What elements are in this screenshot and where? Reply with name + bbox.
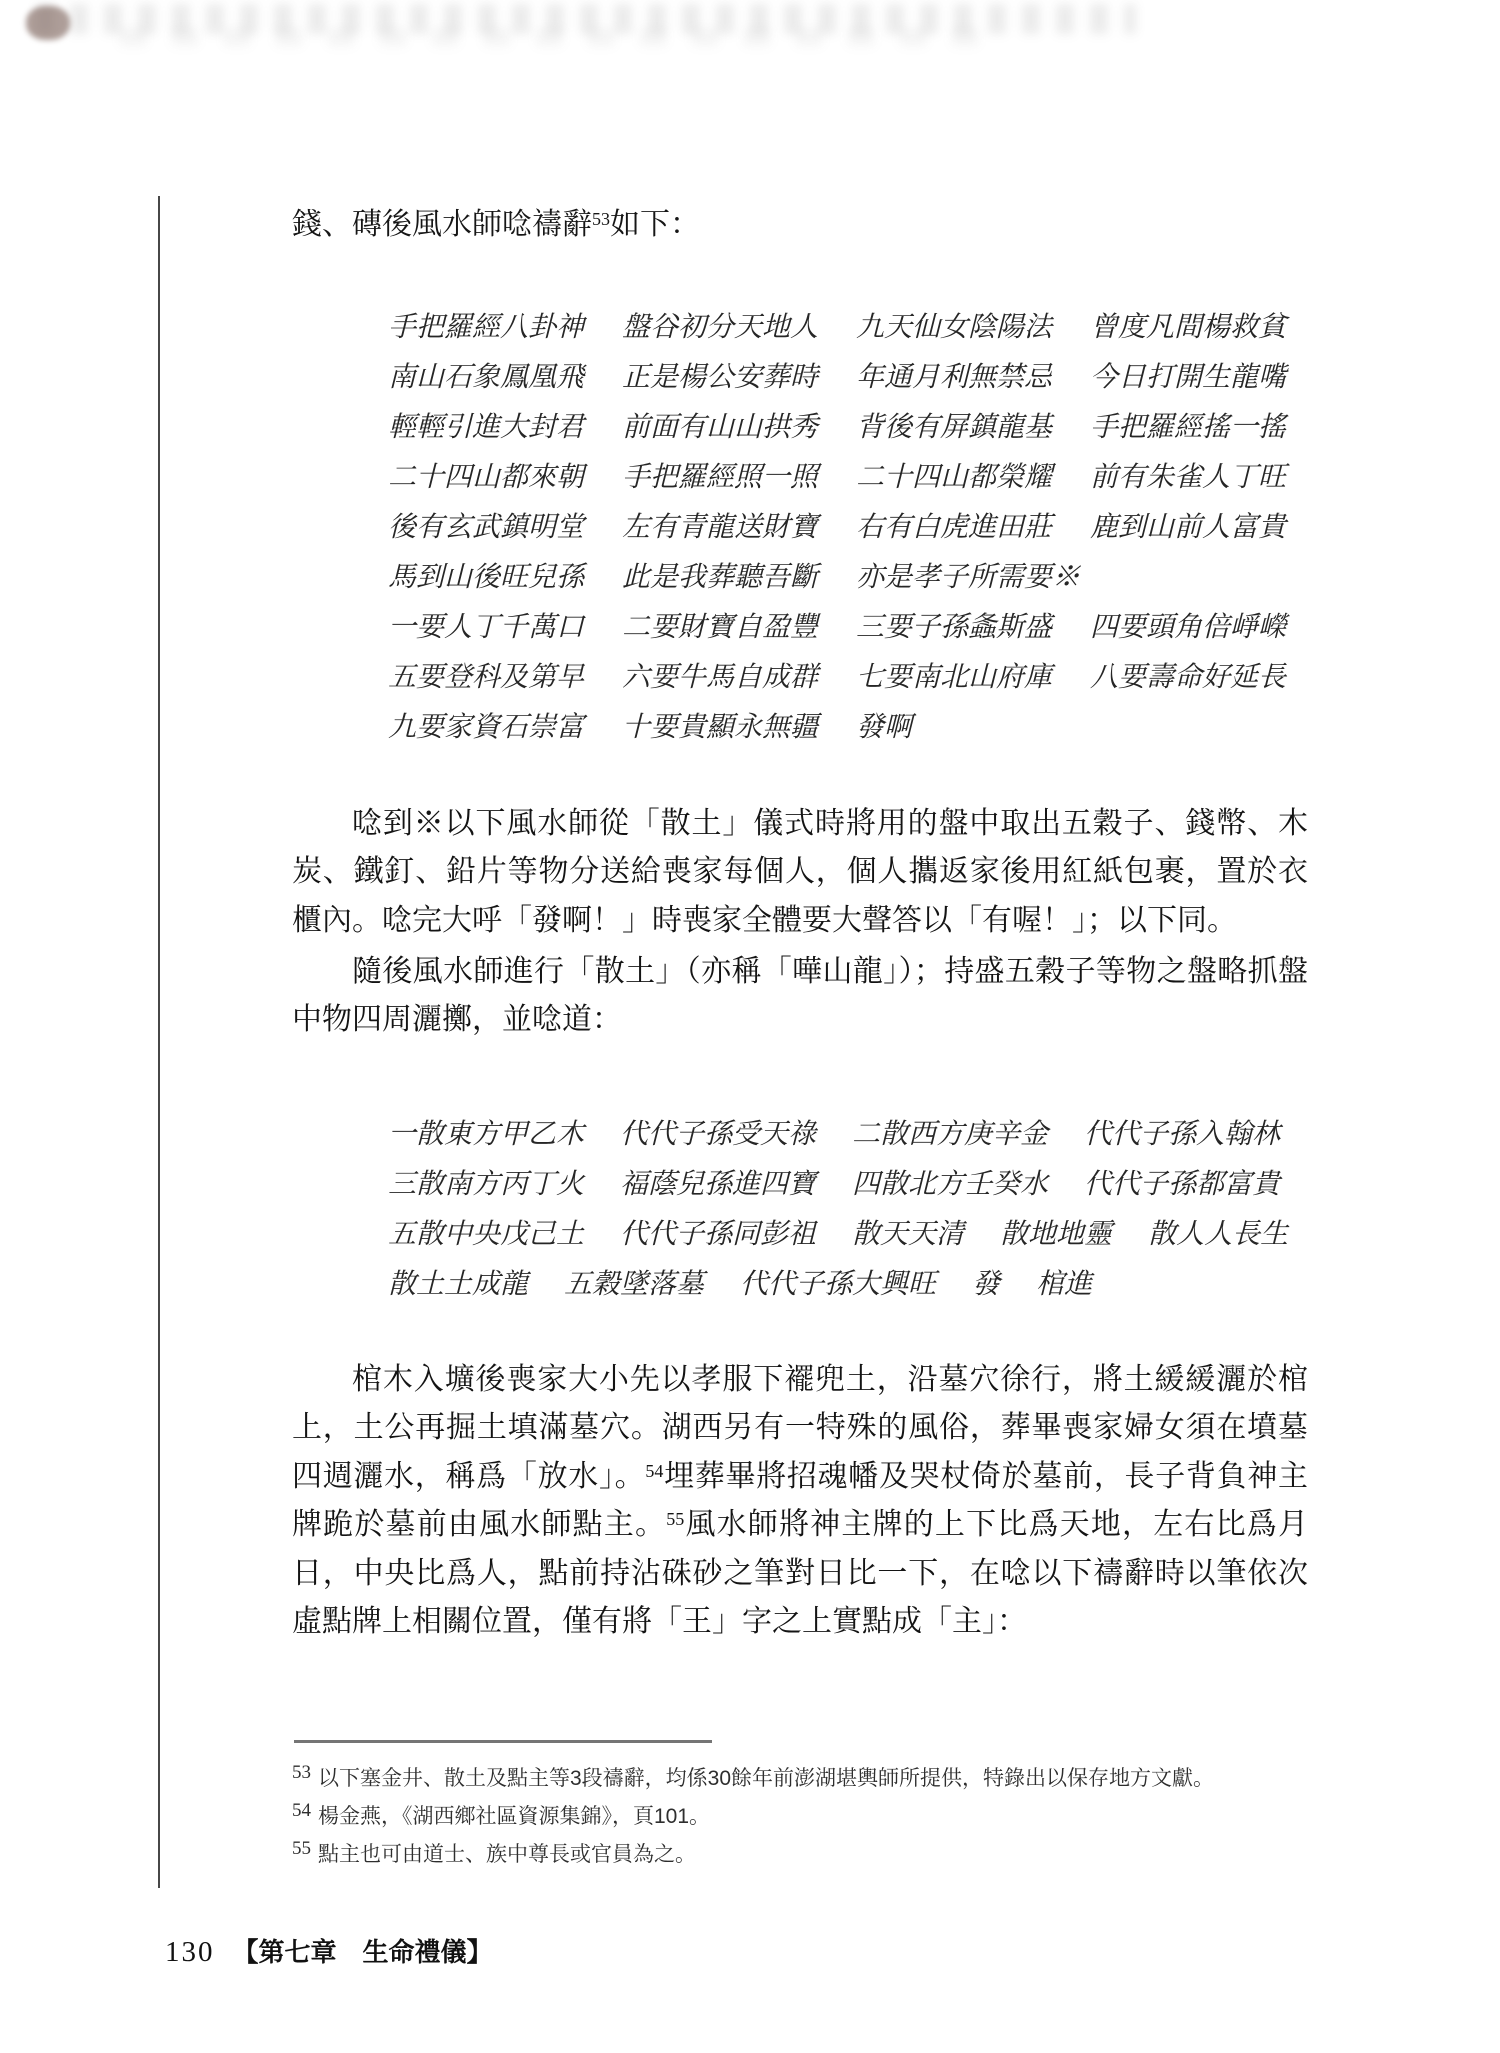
verse-phrase: 手把羅經八卦神 bbox=[388, 305, 584, 345]
verse-block-1: 手把羅經八卦神盤谷初分天地人九天仙女陰陽法曾度凡間楊救貧 南山石象鳳凰飛正是楊公… bbox=[388, 300, 1286, 750]
footnote-number: 54 bbox=[292, 1800, 311, 1821]
verse-phrase: 四要頭角倍崢嶸 bbox=[1090, 605, 1286, 645]
footnote-text: 以下塞金井、散土及點主等3段禱辭，均係30餘年前澎湖堪輿師所提供，特錄出以保存地… bbox=[318, 1767, 1214, 1790]
verse-phrase: 發 bbox=[972, 1262, 1000, 1302]
verse-row: 輕輕引進大封君前面有山山拱秀背後有屏鎮龍基手把羅經搖一搖 bbox=[388, 400, 1286, 450]
footnote-55: 55點主也可由道士、族中尊長或官員為之。 bbox=[292, 1833, 1462, 1871]
paragraph-1: 唸到※以下風水師從「散土」儀式時將用的盤中取出五穀子、錢幣、木炭、鐵釘、鉛片等物… bbox=[292, 800, 1308, 945]
verse-phrase: 手把羅經搖一搖 bbox=[1090, 405, 1286, 445]
verse-phrase: 散地地靈 bbox=[1000, 1212, 1112, 1252]
verse-phrase: 九要家資石崇富 bbox=[388, 705, 584, 745]
verse-phrase: 代代子孫入翰林 bbox=[1084, 1112, 1280, 1152]
verse-row: 一要人丁千萬口二要財寶自盈豐三要子孫螽斯盛四要頭角倍崢嶸 bbox=[388, 600, 1286, 650]
paragraph-2: 隨後風水師進行「散土」（亦稱「嘩山龍」）；持盛五穀子等物之盤略抓盤中物四周灑擲，… bbox=[292, 948, 1308, 1045]
verse-phrase: 七要南北山府庫 bbox=[856, 655, 1052, 695]
footnote-53: 53以下塞金井、散土及點主等3段禱辭，均係30餘年前澎湖堪輿師所提供，特錄出以保… bbox=[292, 1757, 1462, 1795]
verse-phrase: 右有白虎進田莊 bbox=[856, 505, 1052, 545]
verse-row: 手把羅經八卦神盤谷初分天地人九天仙女陰陽法曾度凡間楊救貧 bbox=[388, 300, 1286, 350]
verse-phrase: 九天仙女陰陽法 bbox=[856, 305, 1052, 345]
verse-phrase: 鹿到山前人富貴 bbox=[1090, 505, 1286, 545]
verse-phrase: 六要牛馬自成群 bbox=[622, 655, 818, 695]
verse-phrase: 曾度凡間楊救貧 bbox=[1090, 305, 1286, 345]
intro-text: 錢、磚後風水師唸禱辭 bbox=[292, 208, 592, 241]
verse-phrase: 福蔭兒孫進四寶 bbox=[620, 1162, 816, 1202]
footnote-number: 53 bbox=[292, 1762, 311, 1783]
verse-phrase: 散土土成龍 bbox=[388, 1262, 528, 1302]
verse-phrase: 盤谷初分天地人 bbox=[622, 305, 818, 345]
page-footer: 130 【第七章 生命禮儀】 bbox=[165, 1932, 493, 1969]
verse-phrase: 代代子孫都富貴 bbox=[1084, 1162, 1280, 1202]
verse-phrase: 二散西方庚辛金 bbox=[852, 1112, 1048, 1152]
paragraph-1-text: 唸到※以下風水師從「散土」儀式時將用的盤中取出五穀子、錢幣、木炭、鐵釘、鉛片等物… bbox=[292, 800, 1308, 945]
verse-phrase: 散天天清 bbox=[852, 1212, 964, 1252]
scan-artifact-strip2 bbox=[120, 28, 980, 46]
chapter-title: 【第七章 生命禮儀】 bbox=[233, 1932, 493, 1969]
verse-phrase: 馬到山後旺兒孫 bbox=[388, 555, 584, 595]
verse-row: 三散南方丙丁火福蔭兒孫進四寶四散北方壬癸水代代子孫都富貴 bbox=[388, 1157, 1288, 1207]
verse-phrase: 棺進 bbox=[1036, 1262, 1092, 1302]
verse-phrase: 一要人丁千萬口 bbox=[388, 605, 584, 645]
paragraph-3-text: 棺木入壙後喪家大小先以孝服下襬兜土，沿墓穴徐行，將土緩緩灑於棺上，土公再掘土填滿… bbox=[292, 1356, 1308, 1646]
verse-row: 二十四山都來朝手把羅經照一照二十四山都榮耀前有朱雀人丁旺 bbox=[388, 450, 1286, 500]
verse-phrase: 前面有山山拱秀 bbox=[622, 405, 818, 445]
verse-phrase: 八要壽命好延長 bbox=[1090, 655, 1286, 695]
verse-phrase: 二十四山都榮耀 bbox=[856, 455, 1052, 495]
footnote-ref-53: 53 bbox=[592, 209, 610, 229]
verse-row: 一散東方甲乙木代代子孫受天祿二散西方庚辛金代代子孫入翰林 bbox=[388, 1107, 1288, 1157]
verse-phrase: 四散北方壬癸水 bbox=[852, 1162, 1048, 1202]
scan-artifact-blob bbox=[26, 6, 70, 40]
footnote-ref-55: 55 bbox=[666, 1509, 684, 1529]
verse-phrase: 今日打開生龍嘴 bbox=[1090, 355, 1286, 395]
footnotes: 53以下塞金井、散土及點主等3段禱辭，均係30餘年前澎湖堪輿師所提供，特錄出以保… bbox=[292, 1757, 1462, 1871]
intro-line: 錢、磚後風水師唸禱辭53如下： bbox=[292, 206, 700, 244]
verse-block-2: 一散東方甲乙木代代子孫受天祿二散西方庚辛金代代子孫入翰林 三散南方丙丁火福蔭兒孫… bbox=[388, 1107, 1288, 1307]
verse-phrase: 三散南方丙丁火 bbox=[388, 1162, 584, 1202]
footnote-text: 點主也可由道士、族中尊長或官員為之。 bbox=[318, 1843, 696, 1866]
verse-phrase: 五散中央戊己土 bbox=[388, 1212, 584, 1252]
verse-phrase: 輕輕引進大封君 bbox=[388, 405, 584, 445]
verse-phrase: 五要登科及第早 bbox=[388, 655, 584, 695]
verse-phrase: 背後有屏鎮龍基 bbox=[856, 405, 1052, 445]
verse-phrase: 此是我葬聽吾斷 bbox=[622, 555, 818, 595]
verse-phrase: 正是楊公安葬時 bbox=[622, 355, 818, 395]
verse-phrase: 代代子孫大興旺 bbox=[740, 1262, 936, 1302]
verse-phrase: 代代子孫受天祿 bbox=[620, 1112, 816, 1152]
book-page: 錢、磚後風水師唸禱辭53如下： 手把羅經八卦神盤谷初分天地人九天仙女陰陽法曾度凡… bbox=[0, 0, 1500, 2053]
verse-phrase: 南山石象鳳凰飛 bbox=[388, 355, 584, 395]
verse-phrase: 散人人長生 bbox=[1148, 1212, 1288, 1252]
footnote-number: 55 bbox=[292, 1838, 311, 1859]
verse-phrase: 二要財寶自盈豐 bbox=[622, 605, 818, 645]
verse-row: 九要家資石崇富十要貴顯永無疆發啊 bbox=[388, 700, 1286, 750]
verse-phrase: 一散東方甲乙木 bbox=[388, 1112, 584, 1152]
verse-phrase: 二十四山都來朝 bbox=[388, 455, 584, 495]
paragraph-2-text: 隨後風水師進行「散土」（亦稱「嘩山龍」）；持盛五穀子等物之盤略抓盤中物四周灑擲，… bbox=[292, 948, 1308, 1045]
verse-phrase: 發啊 bbox=[856, 705, 912, 745]
verse-row: 南山石象鳳凰飛正是楊公安葬時年通月利無禁忌今日打開生龍嘴 bbox=[388, 350, 1286, 400]
verse-row: 後有玄武鎮明堂左有青龍送財寶右有白虎進田莊鹿到山前人富貴 bbox=[388, 500, 1286, 550]
verse-phrase: 前有朱雀人丁旺 bbox=[1090, 455, 1286, 495]
paragraph-3: 棺木入壙後喪家大小先以孝服下襬兜土，沿墓穴徐行，將土緩緩灑於棺上，土公再掘土填滿… bbox=[292, 1356, 1308, 1646]
verse-phrase: 年通月利無禁忌 bbox=[856, 355, 1052, 395]
footnote-ref-54: 54 bbox=[645, 1461, 663, 1481]
left-margin-rule bbox=[158, 196, 160, 1888]
verse-phrase: 亦是孝子所需要※ bbox=[856, 555, 1080, 595]
intro-text-after: 如下： bbox=[610, 208, 700, 241]
verse-phrase: 代代子孫同彭祖 bbox=[620, 1212, 816, 1252]
verse-row: 五散中央戊己土代代子孫同彭祖散天天清散地地靈散人人長生 bbox=[388, 1207, 1288, 1257]
verse-phrase: 左有青龍送財寶 bbox=[622, 505, 818, 545]
verse-phrase: 手把羅經照一照 bbox=[622, 455, 818, 495]
verse-row: 五要登科及第早六要牛馬自成群七要南北山府庫八要壽命好延長 bbox=[388, 650, 1286, 700]
footnote-separator-rule bbox=[294, 1740, 712, 1743]
verse-phrase: 後有玄武鎮明堂 bbox=[388, 505, 584, 545]
footnote-text: 楊金燕，《湖西鄉社區資源集錦》，頁101。 bbox=[318, 1805, 710, 1828]
footnote-54: 54楊金燕，《湖西鄉社區資源集錦》，頁101。 bbox=[292, 1795, 1462, 1833]
page-number: 130 bbox=[165, 1936, 215, 1969]
verse-phrase: 十要貴顯永無疆 bbox=[622, 705, 818, 745]
verse-phrase: 三要子孫螽斯盛 bbox=[856, 605, 1052, 645]
verse-row: 馬到山後旺兒孫此是我葬聽吾斷亦是孝子所需要※ bbox=[388, 550, 1286, 600]
verse-row: 散土土成龍五穀墜落墓代代子孫大興旺發棺進 bbox=[388, 1257, 1288, 1307]
verse-phrase: 五穀墜落墓 bbox=[564, 1262, 704, 1302]
